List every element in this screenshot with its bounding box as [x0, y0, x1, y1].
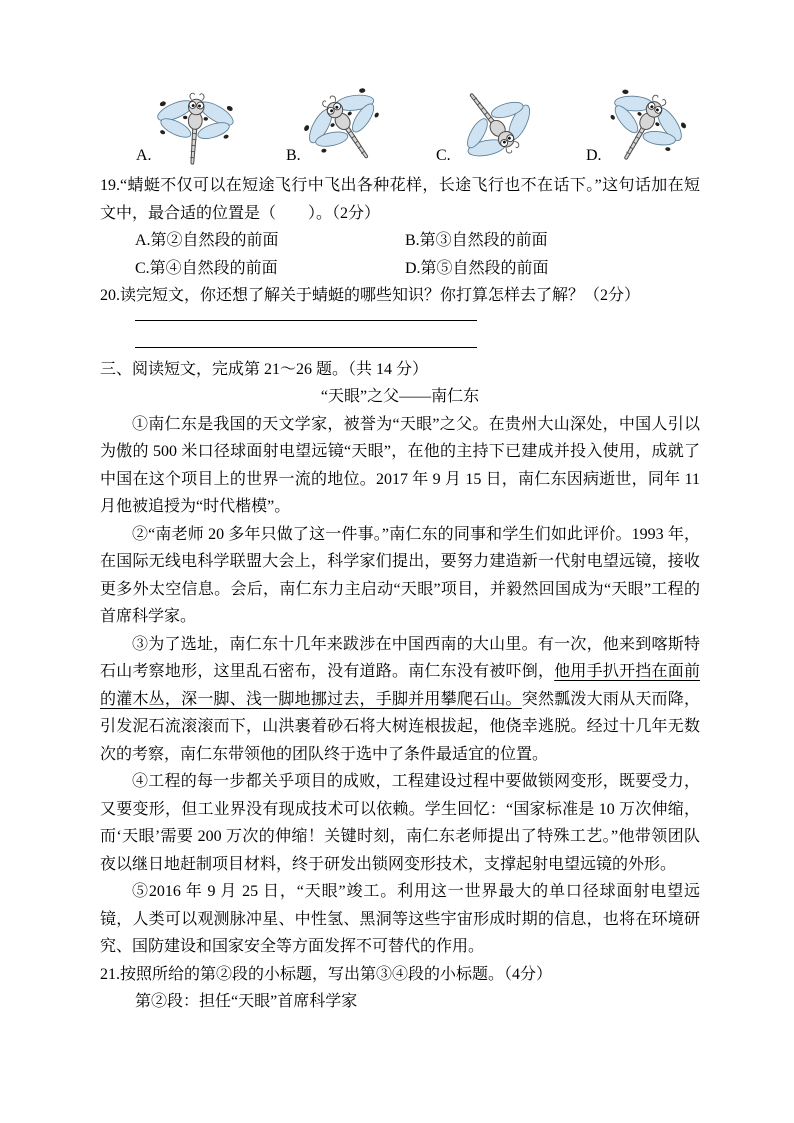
- figure-option-a: A.: [100, 84, 250, 172]
- figure-option-b: B.: [250, 84, 400, 172]
- dragonfly-figures-row: A. B. C. D.: [100, 84, 700, 172]
- section-3-header: 三、阅读短文，完成第 21～26 题。（共 14 分）: [100, 356, 700, 384]
- question-19-text: 19.“蜻蜓不仅可以在短途飞行中飞出各种花样，长途飞行也不在话下。”这句话加在短…: [100, 172, 700, 227]
- passage-paragraph-3: ③为了选址，南仁东十几年来跋涉在中国西南的大山里。有一次，他来到喀斯特石山考察地…: [100, 631, 700, 769]
- answer-blank-line-1: [135, 310, 477, 321]
- passage-paragraph-4: ④工程的每一步都关乎项目的成败，工程建设过程中要做锁网变形，既要受力，又要变形，…: [100, 768, 700, 878]
- q19-option-b: B.第③自然段的前面: [405, 227, 675, 255]
- page-content: A. B. C. D. 19.“蜻蜓不仅可以在短途飞行中飞出各种花样，长途飞行也…: [100, 84, 700, 1016]
- dragonfly-b-icon: [285, 65, 404, 184]
- passage-paragraph-1: ①南仁东是我国的天文学家，被誉为“天眼”之父。在贵州大山深处，中国人引以为傲的 …: [100, 411, 700, 521]
- dragonfly-a-icon: [149, 79, 241, 171]
- figure-option-d: D.: [550, 84, 700, 172]
- q19-option-d: D.第⑤自然段的前面: [405, 255, 675, 283]
- question-21-given-subtitle: 第②段：担任“天眼”首席科学家: [100, 988, 700, 1016]
- exam-paper-page: A. B. C. D. 19.“蜻蜓不仅可以在短途飞行中飞出各种花样，长途飞行也…: [0, 0, 794, 1123]
- q19-option-c: C.第④自然段的前面: [135, 255, 405, 283]
- passage-paragraph-2: ②“南老师 20 多年只做了这一件事。”南仁东的同事和学生们如此评价。1993 …: [100, 521, 700, 631]
- dragonfly-c-icon: [435, 65, 556, 186]
- question-21-text: 21.按照所给的第②段的小标题，写出第③④段的小标题。（4分）: [100, 961, 700, 989]
- question-20-answer-area: [100, 310, 700, 348]
- passage-title: “天眼”之父——南仁东: [100, 383, 700, 411]
- answer-blank-line-2: [135, 321, 477, 348]
- dragonfly-d-icon: [586, 66, 703, 183]
- question-20-text: 20.读完短文，你还想了解关于蜻蜓的哪些知识？你打算怎样去了解？（2分）: [100, 282, 700, 310]
- q19-option-a: A.第②自然段的前面: [135, 227, 405, 255]
- figure-label-b: B.: [286, 148, 301, 164]
- figure-option-c: C.: [400, 84, 550, 172]
- passage-paragraph-5: ⑤2016 年 9 月 25 日，“天眼”竣工。利用这一世界最大的单口径球面射电…: [100, 878, 700, 961]
- figure-label-c: C.: [436, 148, 451, 164]
- question-19-options: A.第②自然段的前面 B.第③自然段的前面 C.第④自然段的前面 D.第⑤自然段…: [100, 227, 700, 282]
- figure-label-d: D.: [586, 148, 602, 164]
